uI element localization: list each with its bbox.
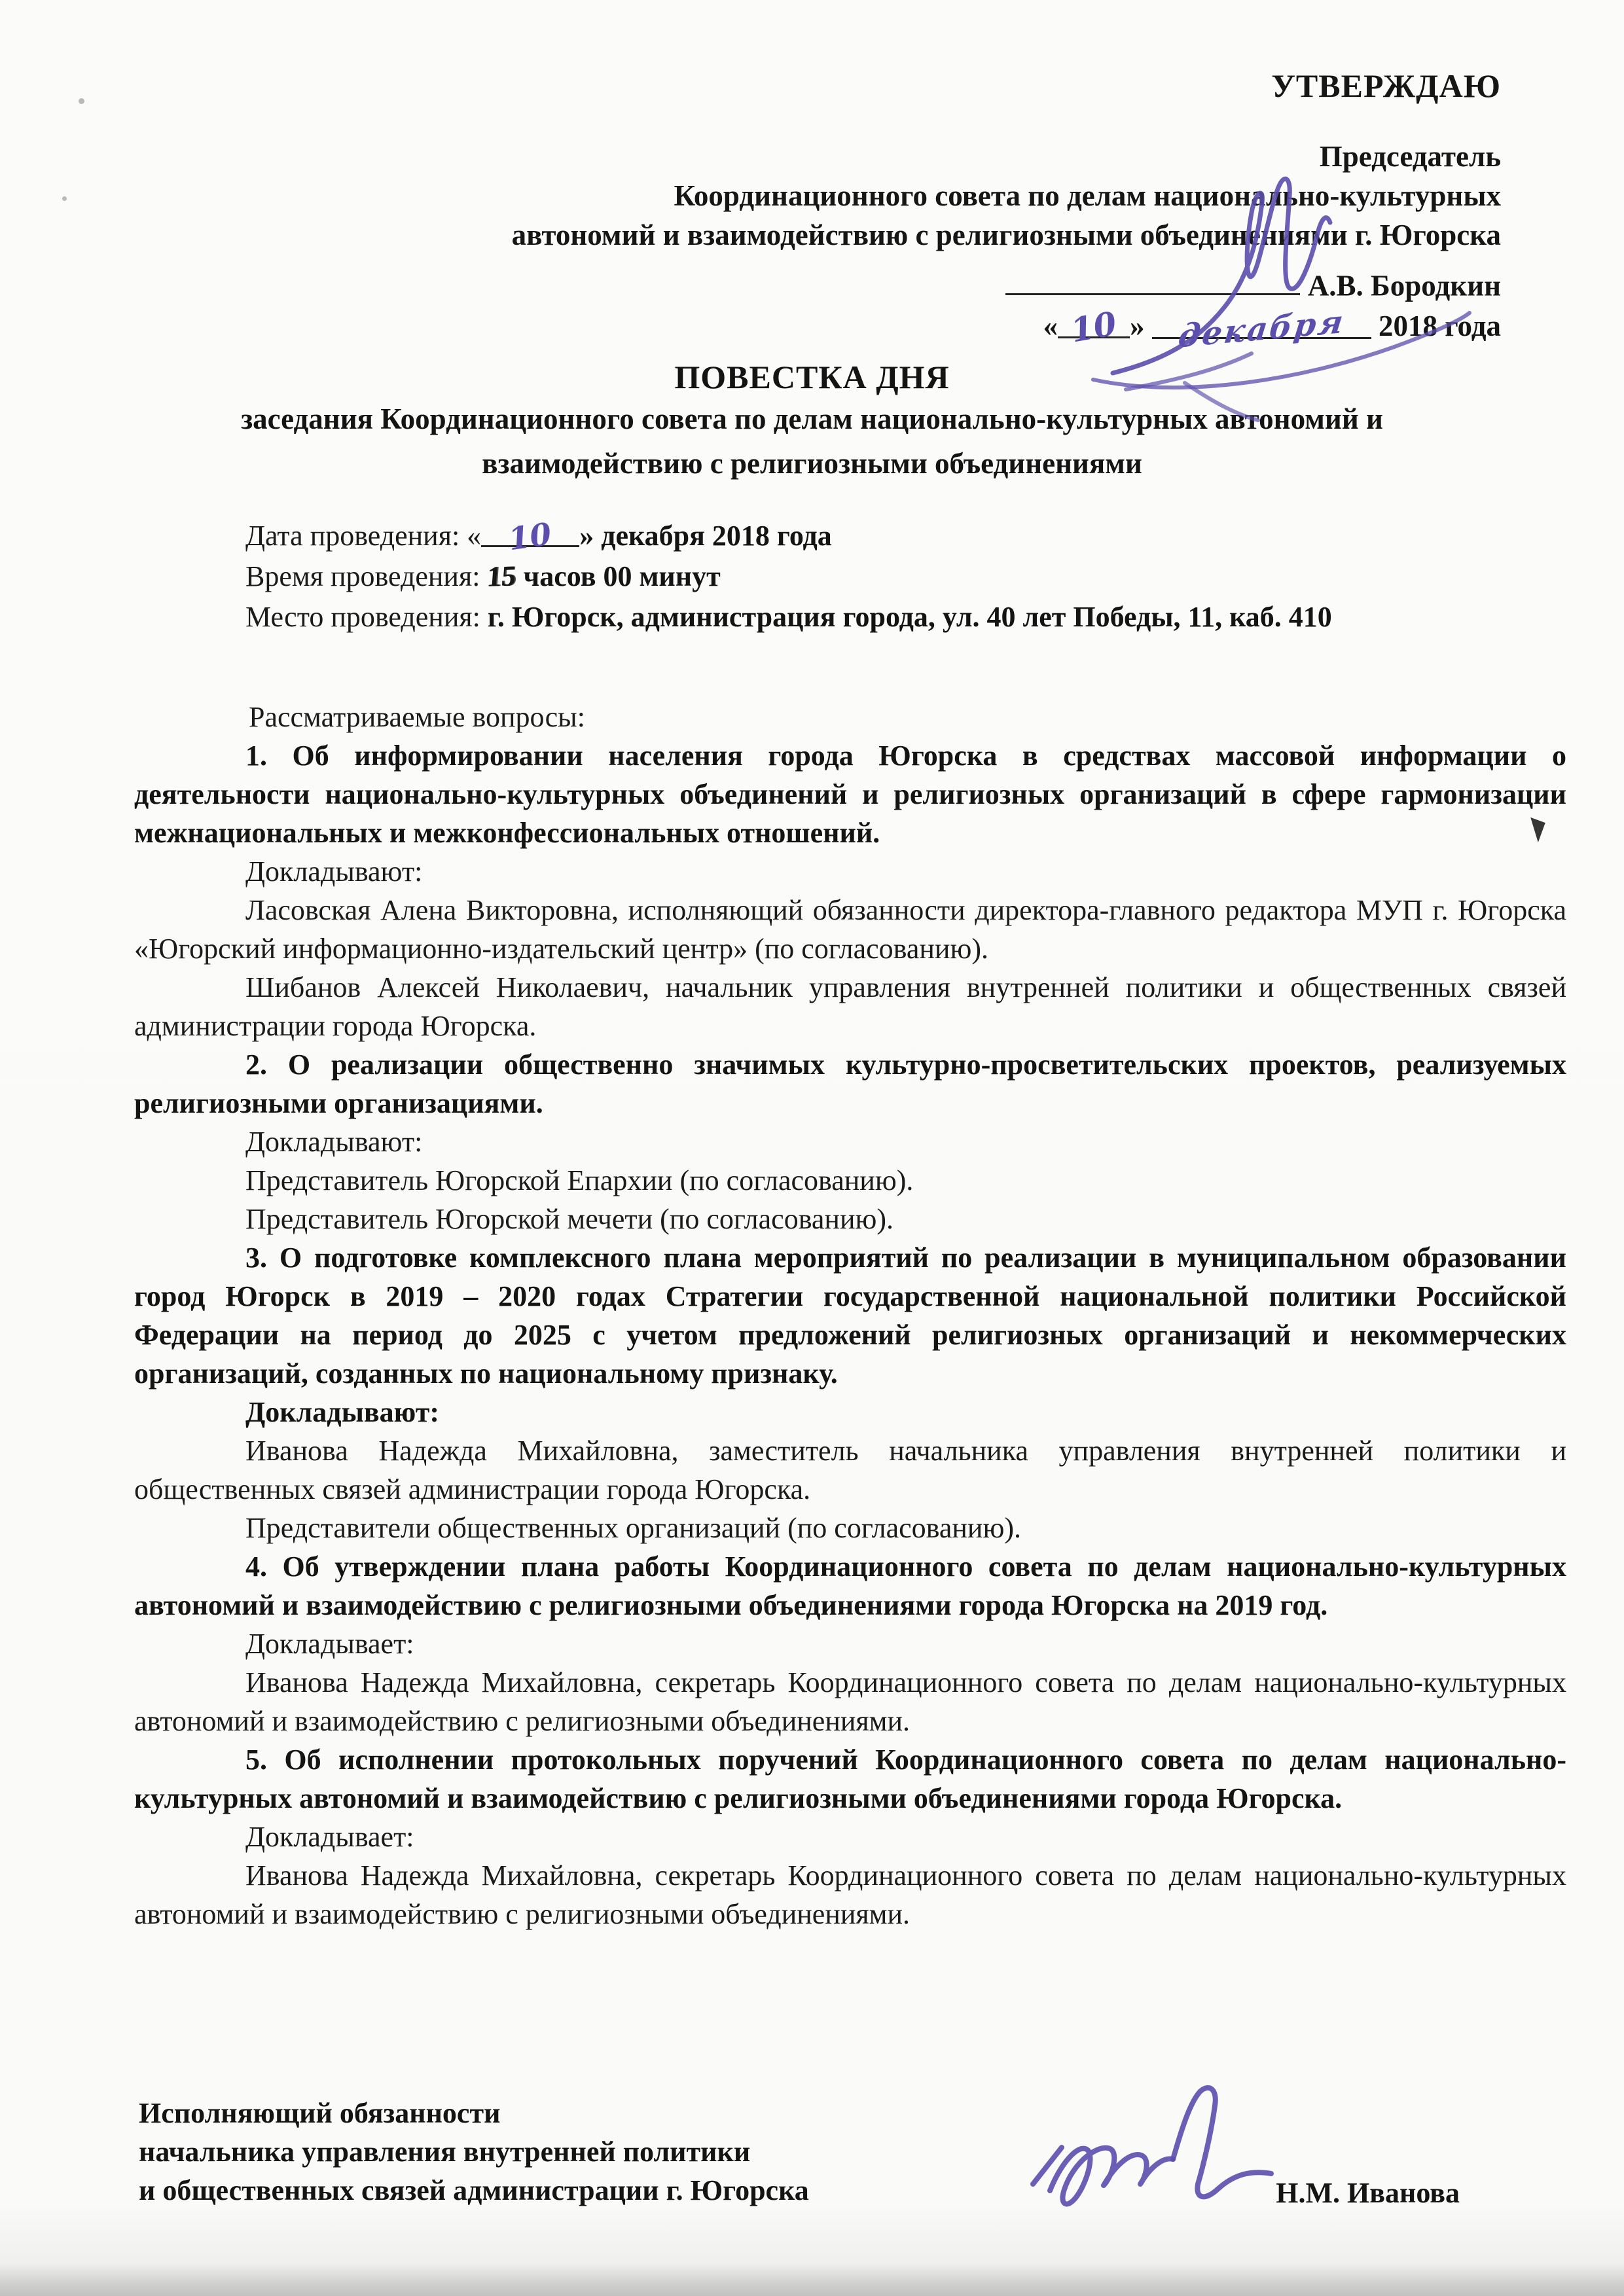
signer-name: Н.М. Иванова (1276, 2176, 1460, 2210)
agenda-item-text: 1. Об информировании населения города Юг… (134, 736, 1566, 852)
speaker: Представитель Югорской мечети (по соглас… (134, 1200, 1566, 1238)
speaker: Иванова Надежда Михайловна, секретарь Ко… (134, 1856, 1566, 1933)
handwritten-day: 10 (1068, 304, 1119, 351)
approve-stamp: УТВЕРЖДАЮ (0, 69, 1501, 103)
signer-position-line: и общественных связей администрации г. Ю… (139, 2171, 809, 2210)
meeting-place-line: Место проведения: г. Югорск, администрац… (134, 597, 1566, 637)
month-blank: декабря (1152, 306, 1371, 338)
day-blank: 10 (1058, 305, 1130, 338)
speaker: Шибанов Алексей Николаевич, начальник уп… (134, 968, 1566, 1045)
document-subtitle-line: заседания Координационного совета по дел… (0, 397, 1624, 441)
quote-open: « (1043, 310, 1058, 342)
time-label: Время проведения: (245, 560, 487, 592)
agenda-item-text: 4. Об утверждении плана работы Координац… (134, 1547, 1566, 1624)
speaker: Иванова Надежда Михайловна, секретарь Ко… (134, 1663, 1566, 1740)
speakers-label: Докладывает: (134, 1624, 1566, 1663)
date-value: » декабря 2018 года (579, 520, 832, 552)
approval-year: 2018 года (1379, 310, 1501, 342)
meeting-time-line: Время проведения: 15 часов 00 минут (134, 556, 1566, 597)
quote-close: » (1130, 310, 1145, 342)
footer-signature-block: Исполняющий обязанности начальника управ… (0, 2094, 1624, 2210)
agenda-item-text: 3. О подготовке комплексного плана мероп… (134, 1238, 1566, 1393)
speakers-label: Докладывает: (134, 1818, 1566, 1856)
approval-date-line: «10» декабря 2018 года (0, 305, 1501, 346)
agenda-item-text: 5. Об исполнении протокольных поручений … (134, 1740, 1566, 1818)
document-subtitle-line: взаимодействию с религиозными объединени… (0, 441, 1624, 486)
speaker: Представители общественных организаций (… (134, 1509, 1566, 1547)
approver-title-line: Координационного совета по делам национа… (0, 176, 1501, 215)
day-blank: 10 (481, 515, 579, 547)
signer-position-line: Исполняющий обязанности (139, 2094, 809, 2132)
document-page: УТВЕРЖДАЮ Председатель Координационного … (0, 0, 1624, 2296)
handwritten-day: 10 (506, 514, 554, 560)
questions-heading: Рассматриваемые вопросы: (0, 698, 1624, 736)
signature-blank (1005, 262, 1300, 295)
document-title-block: ПОВЕСТКА ДНЯ заседания Координационного … (0, 357, 1624, 486)
scan-speck (62, 196, 67, 201)
approver-name: А.В. Бородкин (1308, 269, 1501, 302)
approval-block: УТВЕРЖДАЮ Председатель Координационного … (0, 69, 1624, 346)
date-label: Дата проведения: « (245, 520, 481, 552)
signer-position-line: начальника управления внутренней политик… (139, 2132, 809, 2171)
speakers-label: Докладывают: (134, 1393, 1566, 1431)
speaker: Представитель Югорской Епархии (по согла… (134, 1161, 1566, 1200)
speaker: Иванова Надежда Михайловна, заместитель … (134, 1431, 1566, 1509)
speakers-label: Докладывают: (134, 852, 1566, 891)
speakers-label: Докладывают: (134, 1122, 1566, 1161)
speaker: Ласовская Алена Викторовна, исполняющий … (134, 891, 1566, 968)
handwritten-month: декабря (1176, 302, 1346, 357)
place-value: г. Югорск, администрация города, ул. 40 … (488, 601, 1332, 633)
document-title: ПОВЕСТКА ДНЯ (0, 357, 1624, 397)
signer-position: Исполняющий обязанности начальника управ… (139, 2094, 809, 2210)
approver-signature-line: А.В. Бородкин (0, 262, 1501, 305)
approver-title-line: Председатель (0, 137, 1501, 176)
place-label: Место проведения: (245, 601, 488, 633)
scan-speck (79, 98, 84, 104)
agenda-body: 1. Об информировании населения города Юг… (0, 736, 1624, 2089)
agenda-item-text: 2. О реализации общественно значимых кул… (134, 1045, 1566, 1122)
time-value: часов 00 минут (516, 560, 720, 592)
approver-title-line: автономий и взаимодействию с религиозным… (0, 215, 1501, 255)
meeting-date-line: Дата проведения: «10» декабря 2018 года (134, 515, 1566, 556)
handwritten-hour: 15 (486, 556, 517, 598)
meeting-meta: Дата проведения: «10» декабря 2018 года … (0, 515, 1624, 637)
